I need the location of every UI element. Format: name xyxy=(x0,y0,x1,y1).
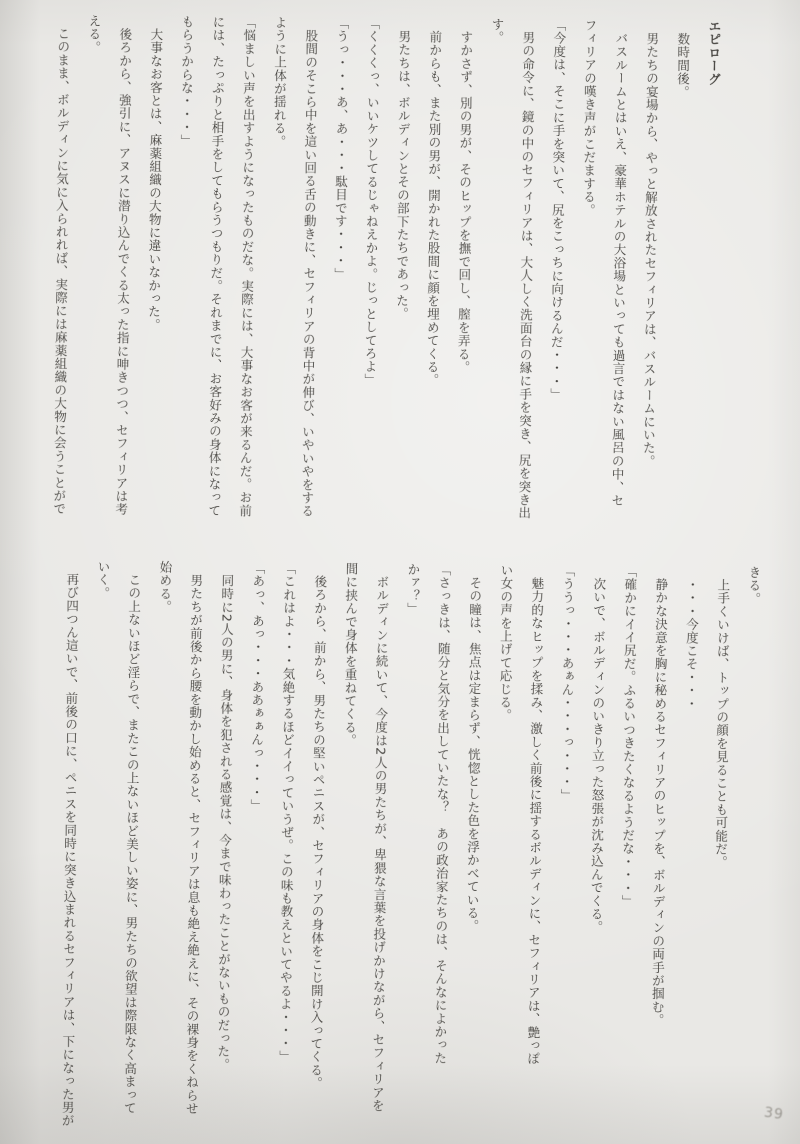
text-column: すかさず、別の男が、そのヒップを撫で回し、膣を弄る。 xyxy=(446,18,482,560)
text-column: 始める。 xyxy=(145,561,181,1135)
text-column: 魅力的なヒップを揉み、激しく前後に揺するボルディンに、セフィリアは、艶っぽ xyxy=(517,564,553,1138)
text-column: 間に挟んで身体を重ねてくる。 xyxy=(331,562,367,1136)
text-column: 男たちは、ボルディンとその部下たちであった。 xyxy=(384,17,420,559)
scanned-page: エピローグ数時間後。男たちの宴場から、やっと解放されたセフィリアは、バスルームに… xyxy=(0,0,800,1144)
text-column: 「あっ、あっ・・・ああぁぁんっ・・・」 xyxy=(238,561,274,1135)
text-column: 次いで、ボルディンのいきり立った怒張が沈み込んでくる。 xyxy=(579,564,615,1138)
text-column: える。 xyxy=(74,14,110,556)
text-column: 「くくくっ、いいケツしてるじゃねえかよ。じっとしてろよ」 xyxy=(353,17,389,559)
text-column: ボルディンに続いて、今度は2人の男たちが、卑猥な言葉を投げかけながら、セフィリア… xyxy=(362,562,398,1136)
text-column: には、たっぷりと相手をしてもらうつもりだ。それまでに、お客好みの身体になって xyxy=(198,15,234,557)
text-column: 「悩ましい声を出すようになったものだな。実際には、大事なお客が来るんだ。お前 xyxy=(229,16,265,558)
text-column: す。 xyxy=(477,18,513,560)
top-text-block: エピローグ数時間後。男たちの宴場から、やっと解放されたセフィリアは、バスルームに… xyxy=(43,14,730,562)
text-column: 上手くいけば、トップの顔を見ることも可能だ。 xyxy=(703,565,739,1139)
text-column: フィリアの嘆き声がこだまする。 xyxy=(570,19,606,561)
text-column: 大事なお客とは、麻薬組織の大物に違いなかった。 xyxy=(136,15,172,557)
text-column: もらうからな・・・」 xyxy=(167,15,203,557)
text-column: 「ううっ・・・あぁん・・・っ・・・」 xyxy=(548,564,584,1138)
text-column: 「うっ・・・あ、あ・・・駄目です・・・」 xyxy=(322,16,358,558)
text-column: きる。 xyxy=(734,566,770,1140)
text-column: 男たちの宴場から、やっと解放されたセフィリアは、バスルームにいた。 xyxy=(632,19,668,561)
text-column: このまま、ボルディンに気に入られれば、実際には麻薬組織の大物に会うことがで xyxy=(43,14,79,556)
text-column: いく。 xyxy=(83,560,119,1134)
text-column: 「確かにイイ尻だ。ふるいつきたくなるようだな・・・」 xyxy=(610,565,646,1139)
text-column: その瞳は、焦点は定まらず、恍惚とした色を浮かべている。 xyxy=(455,563,491,1137)
text-column: 「これはよ・・・気絶するほどイイっていうぜ。この味も教えといてやるよ・・・」 xyxy=(269,562,305,1136)
text-column: この上ないほど淫らで、またこの上ないほど美しい姿に、男たちの欲望は際限なく高まっ… xyxy=(114,560,150,1134)
bottom-text-block: きる。上手くいけば、トップの顔を見ることも可能だ。・・・今度こそ・・・静かな決意… xyxy=(52,560,770,1140)
text-column: 後ろから、強引に、アヌスに潜り込んでくる太った指に呻きつつ、セフィリアは考 xyxy=(105,15,141,557)
text-column: 股間のそこら中を這い回る舌の動きに、セフィリアの背中が伸び、いやいやをする xyxy=(291,16,327,558)
text-column: 「今度は、そこに手を突いて、尻をこっちに向けるんだ・・・」 xyxy=(539,18,575,560)
text-column: 男たちが前後から腰を動かし始めると、セフィリアは息も絶え絶えに、その裸身をくねら… xyxy=(176,561,212,1135)
text-column: バスルームとはいえ、豪華ホテルの大浴場といっても過言ではない風呂の中、セ xyxy=(601,19,637,561)
text-column: 男の命令に、鏡の中のセフィリアは、大人しく洗面台の縁に手を突き、尻を突き出 xyxy=(508,18,544,560)
text-column: かァ？」 xyxy=(393,563,429,1137)
epilogue-heading: エピローグ xyxy=(694,20,730,562)
text-column: 同時に2人の男に、身体を犯される感覚は、今まで味わったことがないものだった。 xyxy=(207,561,243,1135)
text-column: 後ろから、前から、男たちの堅いペニスが、セフィリアの身体をこじ開け入ってくる。 xyxy=(300,562,336,1136)
text-column: ・・・今度こそ・・・ xyxy=(672,565,708,1139)
text-column: い女の声を上げて応じる。 xyxy=(486,564,522,1138)
text-column: 「さっきは、随分と気分を出していたな？ あの政治家たちのは、そんなによかった xyxy=(424,563,460,1137)
text-column: ように上体が揺れる。 xyxy=(260,16,296,558)
text-column: 数時間後。 xyxy=(663,19,699,561)
text-column: 前からも、また別の男が、開かれた股間に顔を埋めてくる。 xyxy=(415,17,451,559)
text-column: 再び四つん這いで、前後の口に、ペニスを同時に突き込まれるセフィリアは、下になった… xyxy=(52,560,88,1134)
page-number: 39 xyxy=(763,1105,785,1124)
text-column: 静かな決意を胸に秘めるセフィリアのヒップを、ボルディンの両手が掴む。 xyxy=(641,565,677,1139)
